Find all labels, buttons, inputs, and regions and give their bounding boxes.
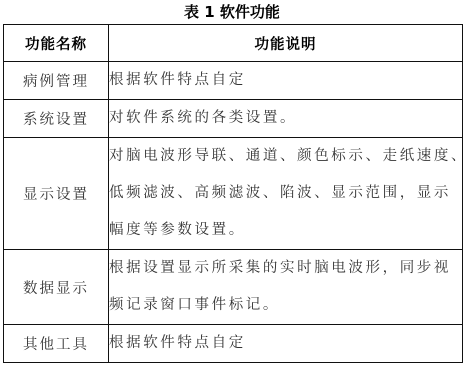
table-row: 系统设置 对软件系统的各类设置。 [4, 100, 463, 138]
function-description-cell: 对脑电波形导联、通道、颜色标示、走纸速度、 低频滤波、高频滤波、陷波、显示范围，… [109, 138, 463, 250]
table-row: 病例管理 根据软件特点自定 [4, 62, 463, 100]
description-line: 频记录窗口事件标记。 [109, 287, 462, 324]
table-header-row: 功能名称 功能说明 [4, 25, 463, 62]
table-caption: 表 1 软件功能 [0, 2, 464, 22]
header-function-description: 功能说明 [109, 25, 463, 62]
function-name-cell: 系统设置 [4, 100, 109, 138]
software-functions-table: 功能名称 功能说明 病例管理 根据软件特点自定 系统设置 对软件系统的各类设置。… [3, 24, 463, 363]
description-line: 根据软件特点自定 [109, 325, 462, 362]
header-function-name: 功能名称 [4, 25, 109, 62]
function-description-cell: 根据设置显示所采集的实时脑电波形，同步视 频记录窗口事件标记。 [109, 250, 463, 325]
function-name-cell: 其他工具 [4, 325, 109, 363]
description-line: 对软件系统的各类设置。 [109, 100, 462, 137]
function-description-cell: 对软件系统的各类设置。 [109, 100, 463, 138]
function-name-cell: 数据显示 [4, 250, 109, 325]
function-name-cell: 病例管理 [4, 62, 109, 100]
function-description-cell: 根据软件特点自定 [109, 325, 463, 363]
description-line: 对脑电波形导联、通道、颜色标示、走纸速度、 [109, 138, 462, 175]
function-description-cell: 根据软件特点自定 [109, 62, 463, 100]
table-row: 数据显示 根据设置显示所采集的实时脑电波形，同步视 频记录窗口事件标记。 [4, 250, 463, 325]
description-line: 低频滤波、高频滤波、陷波、显示范围，显示 [109, 175, 462, 212]
description-line: 根据软件特点自定 [109, 62, 462, 99]
description-line: 幅度等参数设置。 [109, 212, 462, 249]
function-name-cell: 显示设置 [4, 138, 109, 250]
table-row: 其他工具 根据软件特点自定 [4, 325, 463, 363]
description-line: 根据设置显示所采集的实时脑电波形，同步视 [109, 250, 462, 287]
table-row: 显示设置 对脑电波形导联、通道、颜色标示、走纸速度、 低频滤波、高频滤波、陷波、… [4, 138, 463, 250]
